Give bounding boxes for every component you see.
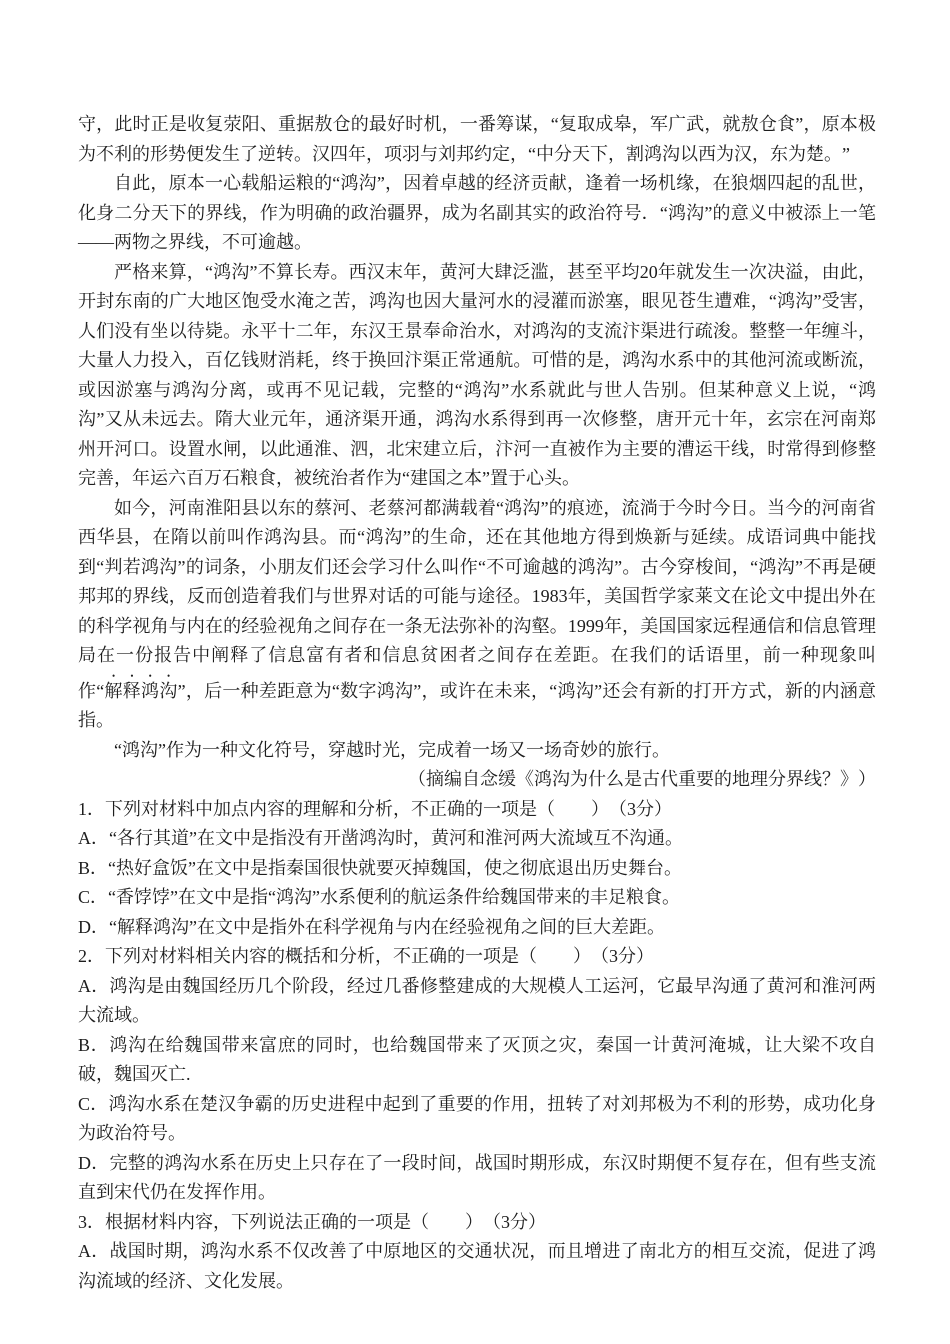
question-block-1: 1．下列对材料中加点内容的理解和分析，不正确的一项是（ ）（3分） A．“各行其… [78, 795, 876, 943]
source-attribution: （摘编自念缓《鸿沟为什么是古代重要的地理分界线？》） [78, 765, 876, 795]
questions-section: 1．下列对材料中加点内容的理解和分析，不正确的一项是（ ）（3分） A．“各行其… [78, 795, 876, 1297]
passage-paragraph-5: “鸿沟”作为一种文化符号，穿越时光，完成着一场又一场奇妙的旅行。 [78, 736, 876, 766]
question-1-option-d: D．“解释鸿沟”在文中是指外在科学视角与内在经验视角之间的巨大差距。 [78, 913, 876, 943]
question-2-option-b: B．鸿沟在给魏国带来富庶的同时，也给魏国带来了灭顶之灾，秦国一计黄河淹城，让大梁… [78, 1031, 876, 1090]
question-2-option-c: C．鸿沟水系在楚汉争霸的历史进程中起到了重要的作用，扭转了对刘邦极为不利的形势，… [78, 1090, 876, 1149]
question-block-2: 2．下列对材料相关内容的概括和分析，不正确的一项是（ ）（3分） A．鸿沟是由魏… [78, 942, 876, 1208]
question-2-option-a: A．鸿沟是由魏国经历几个阶段，经过几番修整建成的大规模人工运河，它最早沟通了黄河… [78, 972, 876, 1031]
question-2-option-d: D．完整的鸿沟水系在历史上只存在了一段时间，战国时期形成，东汉时期便不复存在，但… [78, 1149, 876, 1208]
passage-paragraph-2: 自此，原本一心载船运粮的“鸿沟”，因着卓越的经济贡献，逢着一场机缘，在狼烟四起的… [78, 169, 876, 258]
exam-page: 守，此时正是收复荥阳、重据敖仓的最好时机，一番筹谋，“复取成皋，军广武，就敖仓食… [0, 0, 950, 1344]
question-1-option-c: C．“香饽饽”在文中是指“鸿沟”水系便利的航运条件给魏国带来的丰足粮食。 [78, 883, 876, 913]
question-1-option-a: A．“各行其道”在文中是指没有开凿鸿沟时，黄河和淮河两大流域互不沟通。 [78, 824, 876, 854]
question-2-stem: 2．下列对材料相关内容的概括和分析，不正确的一项是（ ）（3分） [78, 942, 876, 972]
paragraph-4-before-emphasis: 如今，河南淮阳县以东的蔡河、老蔡河都满载着“鸿沟”的痕迹，流淌于今时今日。当今的… [78, 498, 876, 701]
question-1-option-b: B．“热好盒饭”在文中是指秦国很快就要灭掉魏国，使之彻底退出历史舞台。 [78, 854, 876, 884]
passage-paragraph-1: 守，此时正是收复荥阳、重据敖仓的最好时机，一番筹谋，“复取成皋，军广武，就敖仓食… [78, 110, 876, 169]
passage-paragraph-4: 如今，河南淮阳县以东的蔡河、老蔡河都满载着“鸿沟”的痕迹，流淌于今时今日。当今的… [78, 494, 876, 736]
passage-paragraph-3: 严格来算，“鸿沟”不算长寿。西汉末年，黄河大肆泛滥，甚至平均20年就发生一次决溢… [78, 258, 876, 494]
question-3-stem: 3．根据材料内容，下列说法正确的一项是（ ）（3分） [78, 1208, 876, 1238]
question-1-stem: 1．下列对材料中加点内容的理解和分析，不正确的一项是（ ）（3分） [78, 795, 876, 825]
question-3-option-a: A．战国时期，鸿沟水系不仅改善了中原地区的交通状况，而且增进了南北方的相互交流，… [78, 1237, 876, 1296]
paragraph-4-after-emphasis: ”，后一种差距意为“数字鸿沟”，或许在未来，“鸿沟”还会有新的打开方式，新的内涵… [78, 681, 876, 731]
reading-passage: 守，此时正是收复荥阳、重据敖仓的最好时机，一番筹谋，“复取成皋，军广武，就敖仓食… [78, 110, 876, 795]
emphasized-phrase: 解释鸿沟 [104, 681, 177, 701]
question-block-3: 3．根据材料内容，下列说法正确的一项是（ ）（3分） A．战国时期，鸿沟水系不仅… [78, 1208, 876, 1297]
